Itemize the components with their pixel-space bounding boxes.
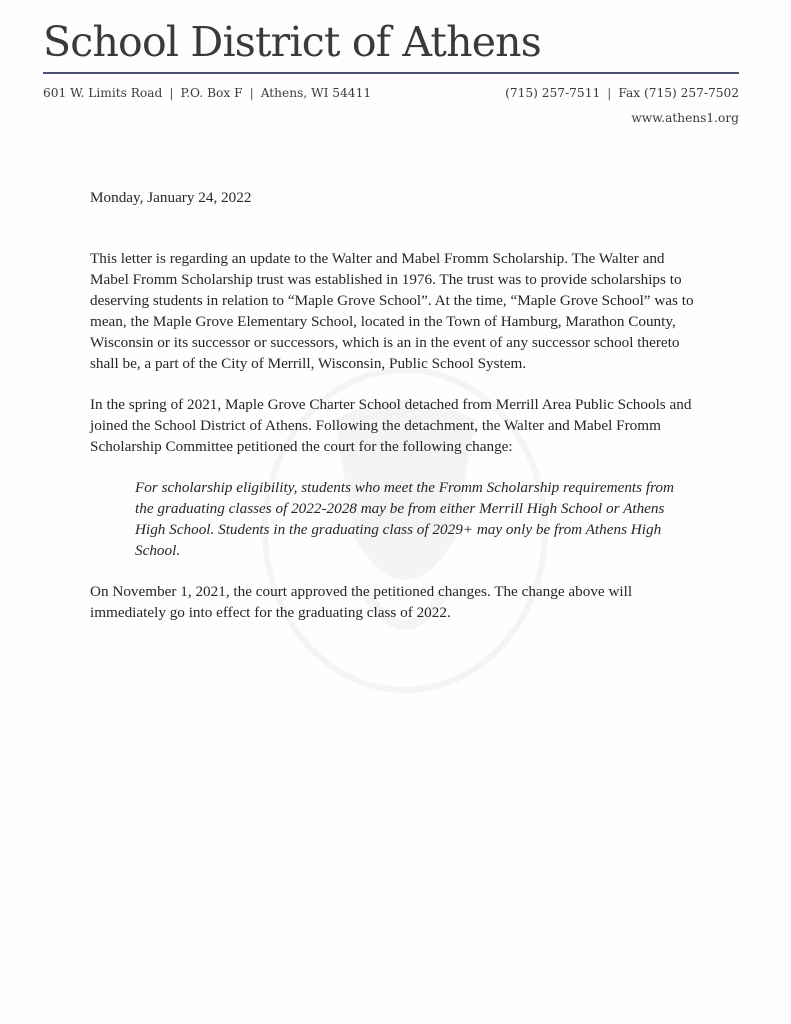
letter-body: Monday, January 24, 2022 This letter is … bbox=[90, 187, 700, 643]
city-state-zip: Athens, WI 54411 bbox=[261, 86, 371, 100]
separator: | bbox=[169, 86, 173, 100]
street-address: 601 W. Limits Road bbox=[43, 86, 162, 100]
paragraph-detachment: In the spring of 2021, Maple Grove Chart… bbox=[90, 394, 700, 457]
letter-page: School District of Athens 601 W. Limits … bbox=[0, 0, 791, 1024]
phone-fax: (715) 257-7511|Fax (715) 257-7502 bbox=[505, 86, 739, 100]
petitioned-change-quote: For scholarship eligibility, students wh… bbox=[135, 477, 695, 561]
po-box: P.O. Box F bbox=[180, 86, 242, 100]
letter-date: Monday, January 24, 2022 bbox=[90, 187, 700, 208]
separator: | bbox=[250, 86, 254, 100]
organization-name: School District of Athens bbox=[43, 22, 541, 63]
mailing-address: 601 W. Limits Road|P.O. Box F|Athens, WI… bbox=[43, 86, 371, 100]
website-link[interactable]: www.athens1.org bbox=[631, 111, 739, 125]
paragraph-court-approval: On November 1, 2021, the court approved … bbox=[90, 581, 700, 623]
fax-number: Fax (715) 257-7502 bbox=[618, 86, 739, 100]
paragraph-scholarship-history: This letter is regarding an update to th… bbox=[90, 248, 700, 374]
separator: | bbox=[607, 86, 611, 100]
phone-number: (715) 257-7511 bbox=[505, 86, 600, 100]
letterhead-divider bbox=[43, 72, 739, 74]
